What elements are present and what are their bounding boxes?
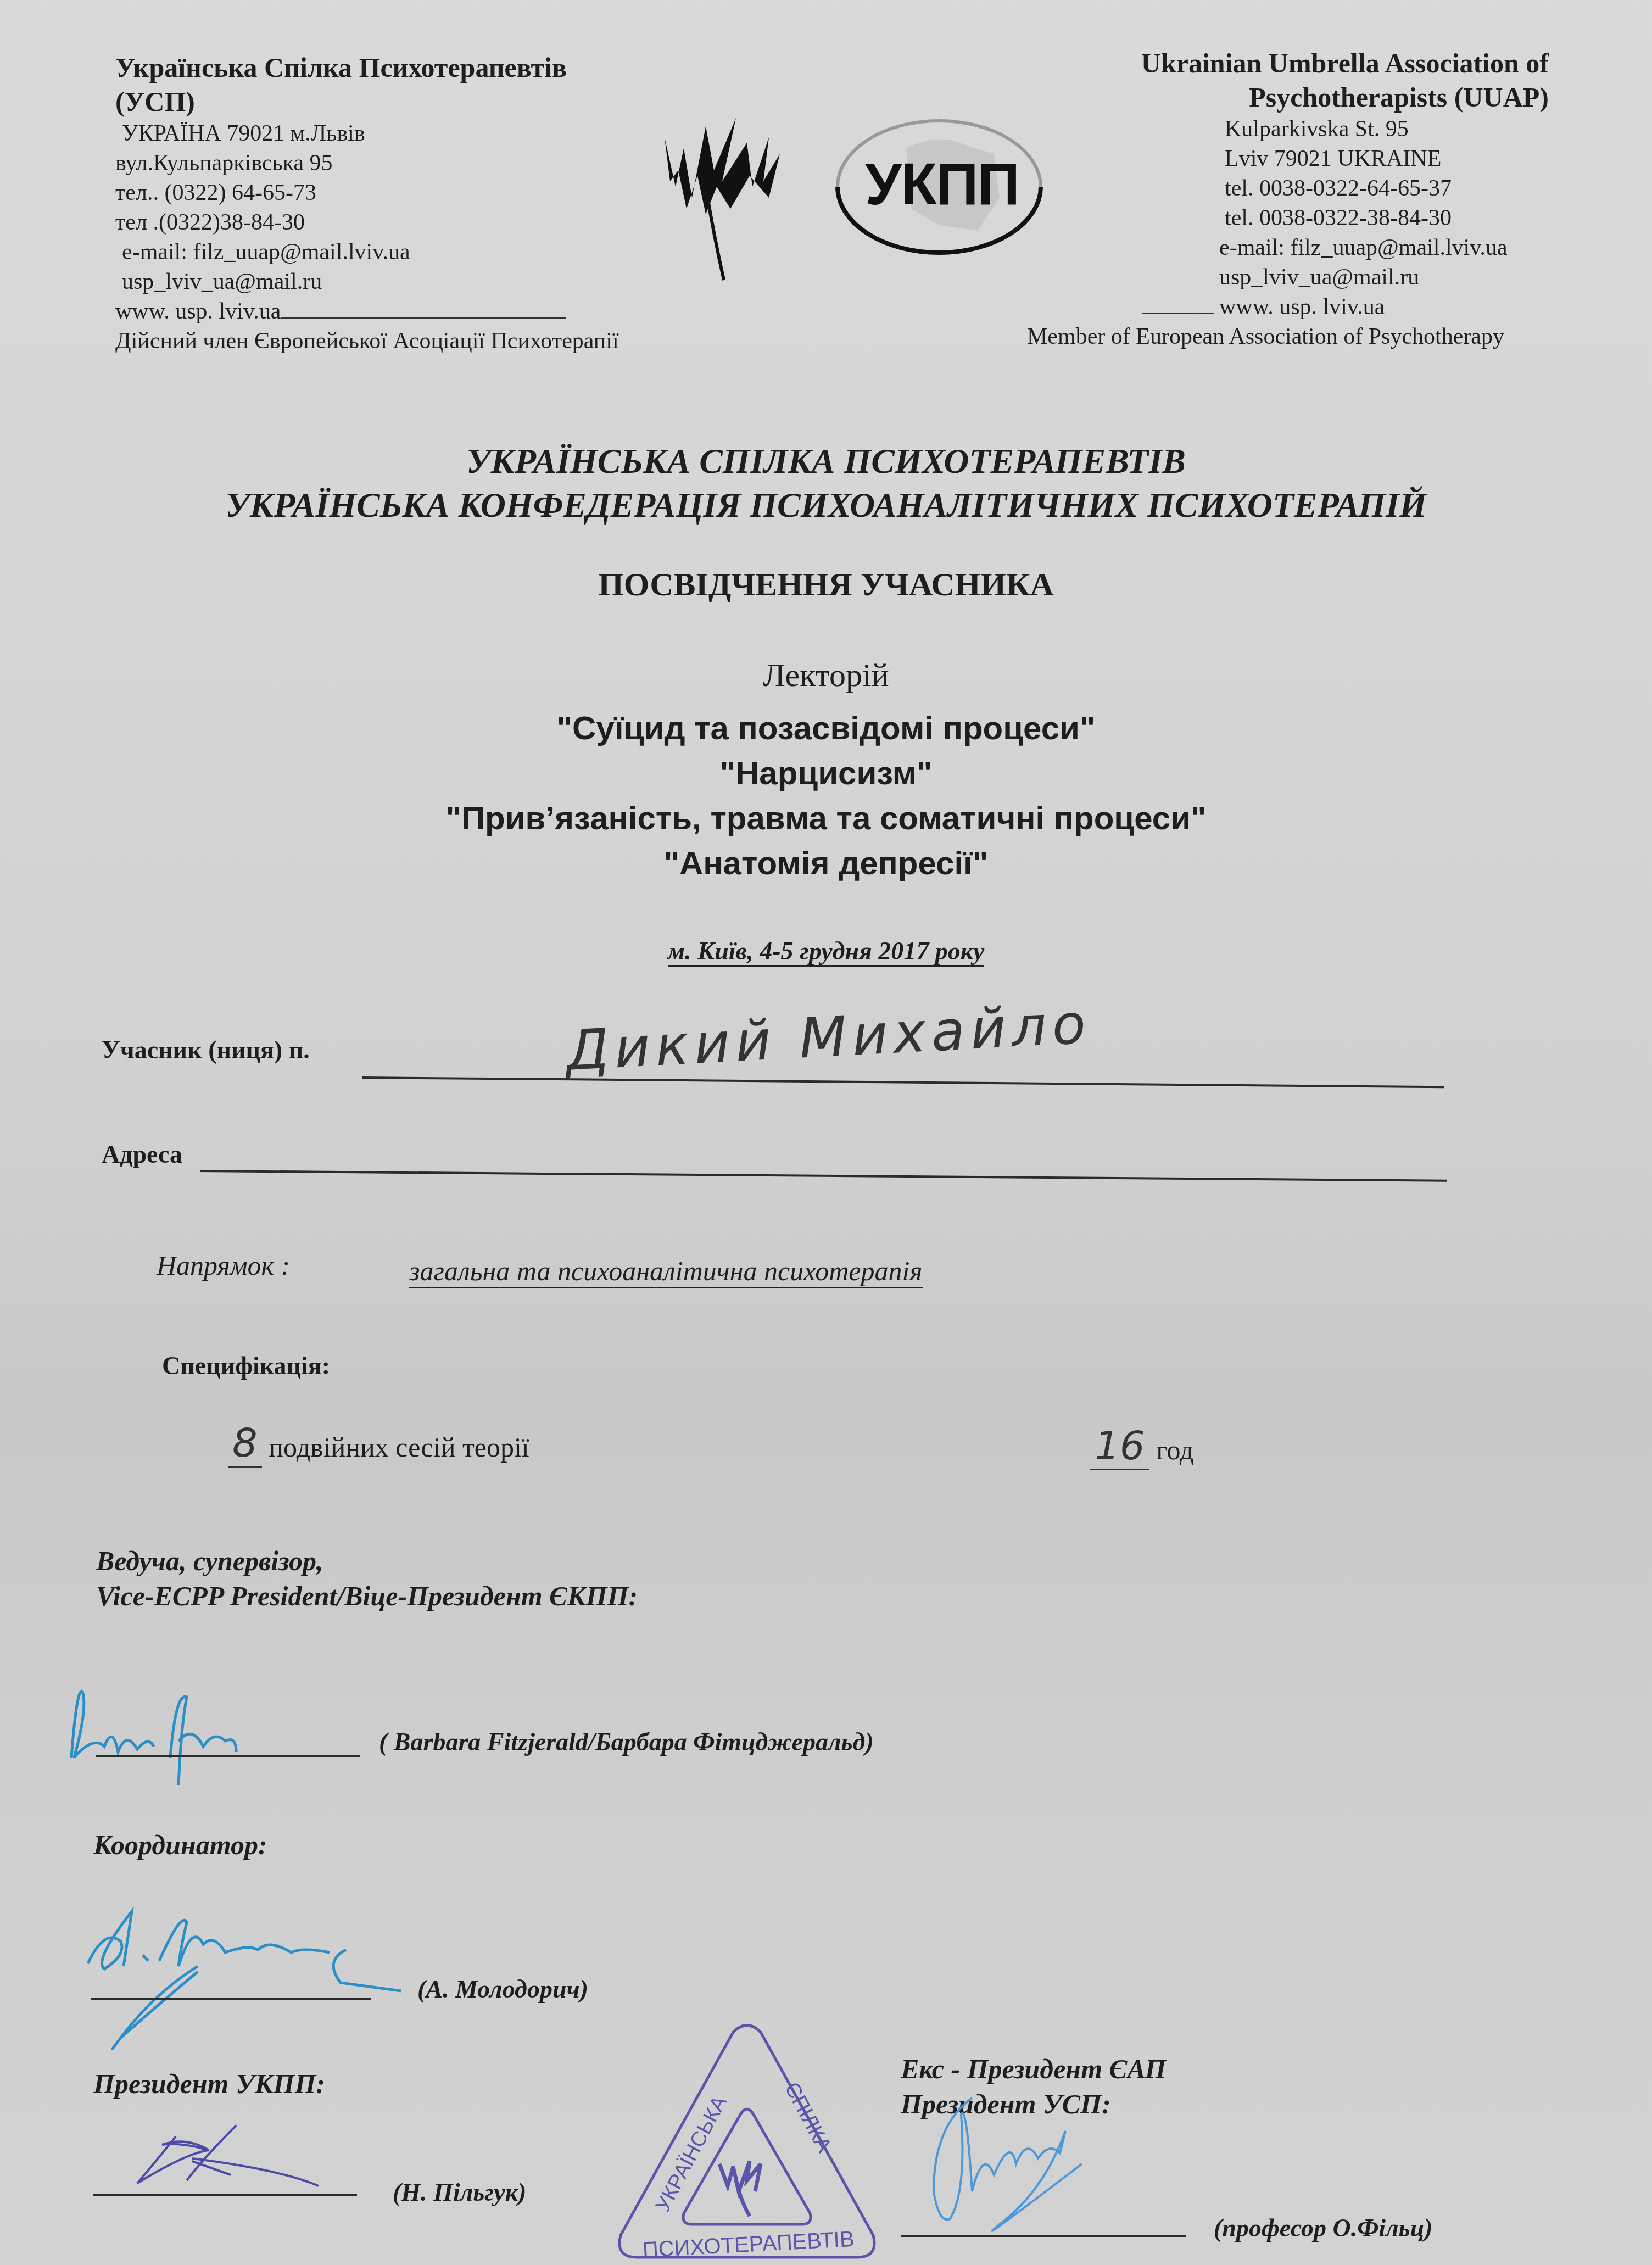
ukpp-logo-text: УКПП [851,154,1032,214]
direction-label: Напрямок : [157,1249,290,1281]
signature-fitzjerald-icon [60,1675,368,1790]
address-label: Адреса [102,1140,182,1169]
hours-row: 16 год [1090,1422,1193,1469]
topic-item: "Анатомія депресії" [0,841,1652,886]
participant-label: Учасник (ниця) п. [102,1035,310,1064]
lead-role-line1: Ведуча, супервізор, [96,1543,638,1578]
coordinator-name: (А. Молодорич) [417,1974,588,2004]
membership-line: Member of European Association of Psycho… [1027,322,1593,352]
ukpp-president-name: (Н. Пільгук) [393,2178,526,2207]
email-line: e-mail: filz_uuap@mail.lviv.ua [1016,233,1593,263]
org-name-ua: Українська Спілка Психотерапевтів [115,51,730,85]
phone-line: tel. 0038-0322-64-65-37 [1016,174,1593,203]
participant-line [362,1076,1444,1088]
address-line-rule[interactable] [200,1170,1447,1182]
membership-line: Дійсний член Європейської Асоціації Псих… [115,326,730,356]
coordinator-role: Координатор: [93,1829,267,1861]
participant-field[interactable]: Дикий Михайло [565,991,1093,1083]
title-usp: УКРАЇНСЬКА СПІЛКА ПСИХОТЕРАПЕВТІВ [0,439,1652,483]
topic-item: "Суїцид та позасвідомі процеси" [0,706,1652,751]
title-ukpp: УКРАЇНСЬКА КОНФЕДЕРАЦІЯ ПСИХОАНАЛІТИЧНИХ… [0,483,1652,527]
place-date-text: м. Київ, 4-5 грудня 2017 року [668,937,985,967]
email-line: usp_lviv_ua@mail.ru [115,267,730,297]
sessions-row: 8 подвійних сесій теорії [228,1420,529,1466]
usp-stamp-icon: УКРАЇНСЬКА СПІЛКА ПСИХОТЕРАПЕВТІВ [610,2016,884,2265]
hours-unit: год [1156,1435,1193,1465]
address-line: УКРАЇНА 79021 м.Львів [115,119,730,148]
ukpp-president-role: Президент УКПП: [93,2068,325,2100]
website-line: www. usp. lviv.ua [115,297,730,326]
blank-rule [281,317,566,319]
place-date: м. Київ, 4-5 грудня 2017 року [0,936,1652,966]
lead-signature-line [96,1755,360,1757]
certificate-title: ПОСВІДЧЕННЯ УЧАСНИКА [0,566,1652,604]
website-line: www. usp. lviv.ua [1016,292,1593,322]
email-line: e-mail: filz_uuap@mail.lviv.ua [115,237,730,267]
spec-label: Специфікація: [162,1351,330,1380]
ukpp-signature-line [93,2194,357,2196]
signature-filts-icon [901,2082,1241,2257]
website-link[interactable]: www. usp. lviv.ua [1219,294,1385,320]
address-line: вул.Кульпарківська 95 [115,148,730,178]
lecture-label: Лекторій [0,656,1652,694]
org-name-en-2: Psychotherapists (UUAP) [1016,80,1593,114]
address-line: Kulparkivska St. 95 [1016,114,1593,144]
direction-value: загальна та психоаналітична психотерапія [409,1255,923,1288]
eap-signature-line [901,2235,1186,2237]
title-block: УКРАЇНСЬКА СПІЛКА ПСИХОТЕРАПЕВТІВ УКРАЇН… [0,439,1652,527]
org-abbr-ua: (УСП) [115,85,730,119]
lecture-topics: "Суїцид та позасвідомі процеси" "Нарциси… [0,706,1652,886]
sessions-text: подвійних сесій теорії [269,1432,529,1463]
org-name-en: Ukrainian Umbrella Association of [1016,46,1593,80]
stamp-right-text: СПІЛКА [780,2079,836,2157]
lead-name: ( Barbara Fitzjerald/Барбара Фітцджераль… [379,1727,874,1756]
address-line: Lviv 79021 UKRAINE [1016,144,1593,174]
hours-value[interactable]: 16 [1090,1422,1149,1470]
usp-logo-icon [654,104,796,286]
coordinator-signature-line [91,1998,371,2000]
header-left: Українська Спілка Психотерапевтів (УСП) … [115,51,730,356]
eap-name: (професор О.Фільц) [1214,2213,1433,2242]
header-right: Ukrainian Umbrella Association of Psycho… [1016,46,1593,352]
topic-item: "Прив’язаність, травма та соматичні проц… [0,796,1652,841]
phone-line: тел .(0322)38-84-30 [115,208,730,237]
blank-rule [1142,313,1214,314]
lead-role-line2: Vice-ECPP President/Віце-Президент ЄКПП: [96,1578,638,1614]
topic-item: "Нарцисизм" [0,751,1652,796]
website-link[interactable]: www. usp. lviv.ua [115,299,281,324]
email-line: usp_lviv_ua@mail.ru [1016,263,1593,292]
phone-line: тел.. (0322) 64-65-73 [115,178,730,208]
sessions-value[interactable]: 8 [228,1420,262,1468]
lead-role: Ведуча, супервізор, Vice-ECPP President/… [96,1543,638,1614]
phone-line: tel. 0038-0322-38-84-30 [1016,203,1593,233]
